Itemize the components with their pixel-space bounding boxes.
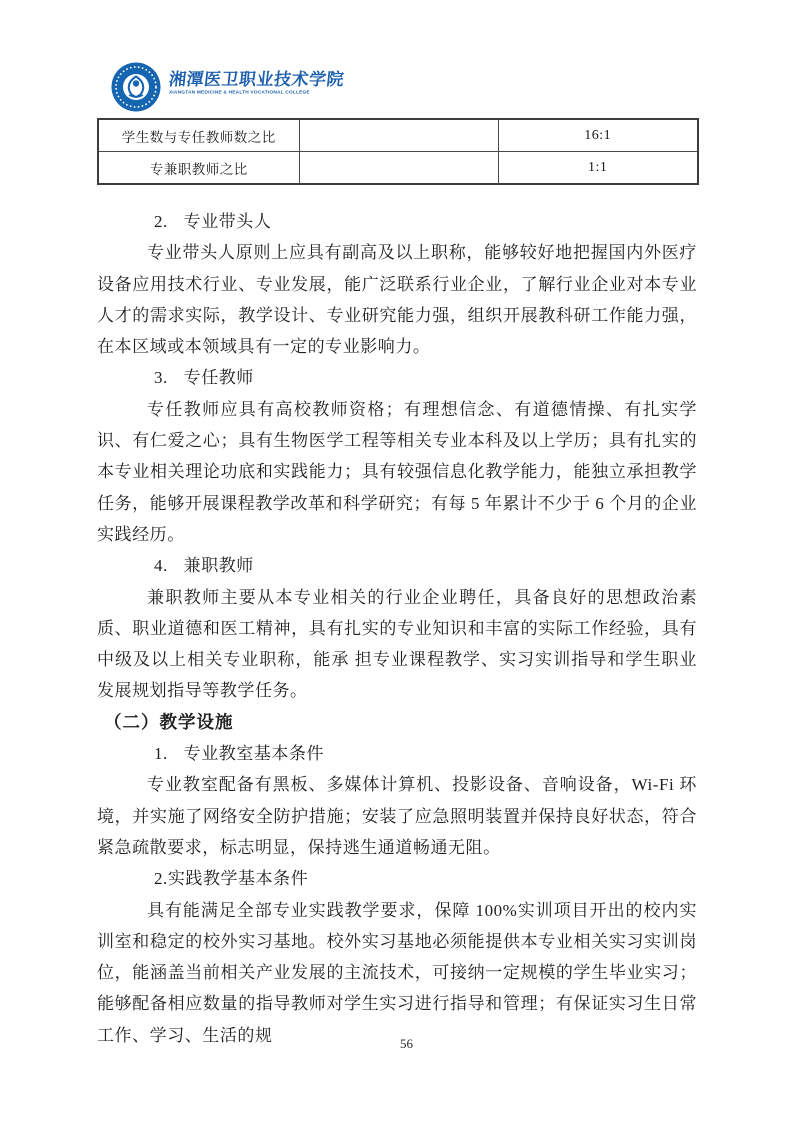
paragraph-classroom: 专业教室配备有黑板、多媒体计算机、投影设备、音响设备，Wi-Fi 环境，并实施了…: [97, 769, 697, 863]
college-logo-text: 湘潭医卫职业技术学院 XIANGTAN MEDICINE & HEALTH VO…: [169, 62, 451, 98]
paragraph-practice: 具有能满足全部专业实践教学要求，保障 100%实训项目开出的校内实训室和稳定的校…: [97, 895, 697, 1051]
document-body: 2. 专业带头人 专业带头人原则上应具有副高及以上职称，能够较好地把握国内外医疗…: [97, 206, 697, 1051]
page-number: 56: [0, 1036, 793, 1052]
college-name-en: XIANGTAN MEDICINE & HEALTH VOCATIONAL CO…: [169, 90, 310, 95]
ratio-middle-cell: [299, 152, 498, 185]
college-logo: 湘潭医卫职业技术学院 XIANGTAN MEDICINE & HEALTH VO…: [111, 62, 451, 112]
ratio-label: 专兼职教师之比: [98, 152, 299, 185]
table-row: 学生数与专任教师数之比 16:1: [98, 119, 698, 152]
table-row: 专兼职教师之比 1:1: [98, 152, 698, 185]
section-heading-leader: 2. 专业带头人: [97, 206, 697, 237]
college-emblem-icon: [111, 62, 161, 112]
section-heading-practice: 2.实践教学基本条件: [97, 863, 697, 894]
staff-ratio-table: 学生数与专任教师数之比 16:1 专兼职教师之比 1:1: [97, 118, 699, 185]
section-heading-classroom: 1. 专业教室基本条件: [97, 738, 697, 769]
ratio-middle-cell: [299, 119, 498, 152]
document-page: 湘潭医卫职业技术学院 XIANGTAN MEDICINE & HEALTH VO…: [0, 0, 793, 1122]
college-name-zh: 湘潭医卫职业技术学院: [168, 70, 452, 90]
paragraph-fulltime: 专任教师应具有高校教师资格；有理想信念、有道德情操、有扎实学识、有仁爱之心；具有…: [97, 394, 697, 550]
ratio-label: 学生数与专任教师数之比: [98, 119, 299, 152]
ratio-value: 16:1: [498, 119, 698, 152]
section-heading-parttime: 4. 兼职教师: [97, 550, 697, 581]
ratio-value: 1:1: [498, 152, 698, 185]
paragraph-leader: 专业带头人原则上应具有副高及以上职称，能够较好地把握国内外医疗设备应用技术行业、…: [97, 237, 697, 362]
paragraph-parttime: 兼职教师主要从本专业相关的行业企业聘任，具备良好的思想政治素质、职业道德和医工精…: [97, 582, 697, 707]
section-heading-facilities: （二）教学设施: [97, 707, 697, 738]
section-heading-fulltime: 3. 专任教师: [97, 362, 697, 393]
